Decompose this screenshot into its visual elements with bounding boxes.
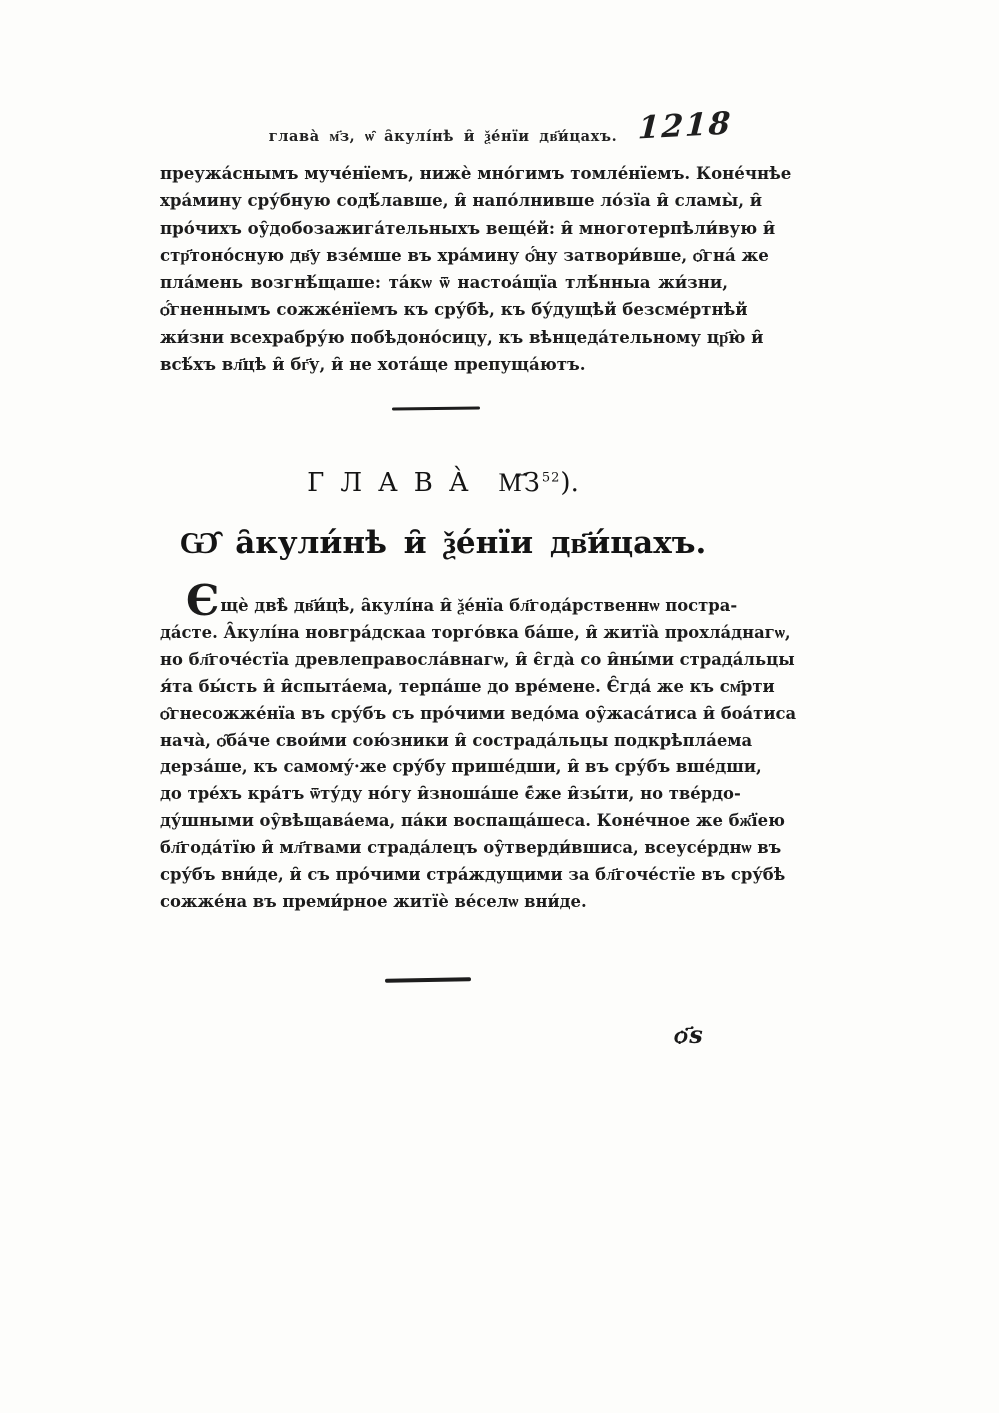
text-line: дерза́ше, къ самому́·же сру́бу прише́дши… (160, 754, 728, 781)
paragraph-2-first-line-text: щѐ двѣ̀ дв҃и́цѣ, а̑кулі́на и̑ ѯе́нїа бл҃… (220, 596, 737, 615)
text-line: всѣ́хъ вл҃цѣ и̑ бг҃у, и̑ не хота́ще преп… (160, 351, 728, 378)
quire-signature-mark: ѻ҃ѕ (674, 1020, 704, 1050)
text-line: ѻ̑гнесожже́нїа въ сру́бъ съ про́чими вед… (160, 701, 728, 728)
text-line: хра́мину сру́бную содѣ́лавше, и̑ напо́лн… (160, 187, 728, 214)
text-line: жи́зни всехрабру́ю побѣдоно́сицу, къ вѣн… (160, 324, 728, 351)
text-line: бл҃года́тїю и̑ мл҃твами страда́лецъ оу̑т… (160, 835, 728, 862)
chapter-subtitle: Ѡ̑ а̑кули́нѣ и̑ ѯе́нїи дв҃и́цахъ. (160, 525, 726, 561)
text-line: сожже́на въ преми́рное житїѐ ве́селѡ вни… (160, 889, 728, 916)
text-line: я́та бы́сть и̑ и̑спыта́ема, терпа́ше до … (160, 674, 728, 701)
chapter-numeral: М҃З (499, 468, 542, 498)
text-line: пла́мень возгнѣ́щаше: та́кѡ ѿ настоа́щїа… (160, 269, 728, 296)
section-divider-rule (385, 977, 471, 982)
text-line: преужа́снымъ муче́нїемъ, нижѐ мно́гимъ т… (160, 160, 728, 187)
handwritten-page-number: 1218 (637, 105, 733, 146)
paragraph-2-first-line: Єщѐ двѣ̀ дв҃и́цѣ, а̑кулі́на и̑ ѯе́нїа бл… (160, 593, 728, 620)
scanned-book-page: глава̀ м҃з, ѡ̑ а̑кулі́нѣ и̑ ѯе́нїи дв҃и́… (0, 0, 999, 1413)
text-line: до тре́хъ кра́тъ ѿту́ду но́гу и̑зноша́ше… (160, 781, 728, 808)
text-line: стр҃тоно́сную дв҃у взе́мше въ хра́мину ѻ… (160, 242, 728, 269)
text-line: про́чихъ оу̑добозажига́тельныхъ веще́й: … (160, 215, 728, 242)
paragraph-2-lines: да́сте. А̑кулі́на новгра́дскаа торго́вка… (160, 620, 728, 916)
paragraph-2: Єщѐ двѣ̀ дв҃и́цѣ, а̑кулі́на и̑ ѯе́нїа бл… (160, 593, 728, 916)
footnote-reference-mark: 52 (542, 470, 561, 485)
text-line: ѻ̑́гненнымъ сожже́нїемъ къ сру́бѣ, къ бу… (160, 296, 728, 323)
text-line: сру́бъ вни́де, и̑ съ про́чими стра́ждущи… (160, 862, 728, 889)
text-line: да́сте. А̑кулі́на новгра́дскаа торго́вка… (160, 620, 728, 647)
chapter-word: ГЛАВА̀ (307, 468, 484, 498)
chapter-heading: ГЛАВА̀М҃З52). (160, 468, 726, 498)
drop-cap-initial: Є (186, 596, 219, 606)
text-line: нача̀, ѻ̑ба́че свои́ми сою́зники и̑ сост… (160, 728, 728, 755)
section-divider-rule (392, 407, 480, 411)
chapter-heading-suffix: ). (560, 468, 578, 498)
text-line: но бл҃гоче́стїа древлеправосла́внагѡ, и̑… (160, 647, 728, 674)
paragraph-1: преужа́снымъ муче́нїемъ, нижѐ мно́гимъ т… (160, 160, 728, 378)
text-line: ду́шными оу̑вѣщава́ема, па́ки воспаща́ше… (160, 808, 728, 835)
